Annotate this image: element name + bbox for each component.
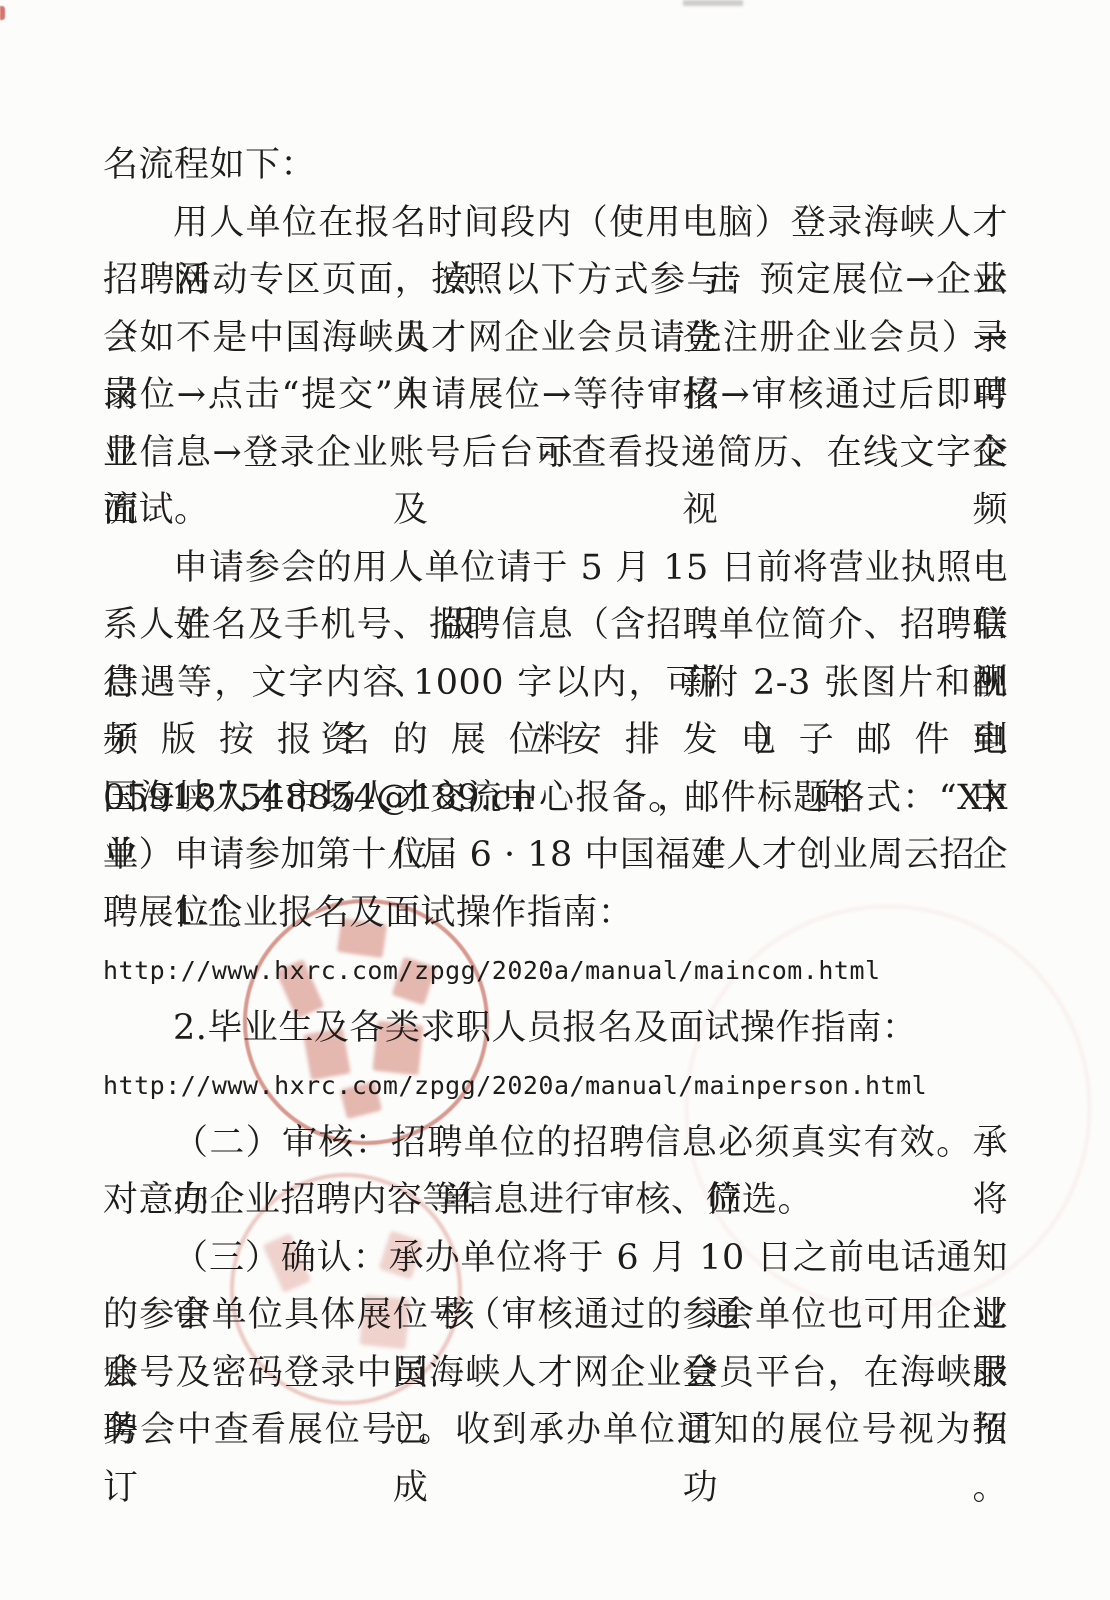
text-line: 名流程如下： [103, 137, 1008, 195]
scanned-document-page: 名流程如下：用人单位在报名时间段内（使用电脑）登录海峡人才网点击云招聘活动专区页… [0, 0, 1110, 1600]
text-line: 申请参会的用人单位请于 5 月 15 日前将营业执照电子版、联 [103, 540, 1008, 598]
text-line: 国海峡人才市场人才交流中心报备。邮件标题格式：“XX 单位（企 [103, 770, 1008, 828]
text-line: 用人单位在报名时间段内（使用电脑）登录海峡人才网点击云 [103, 195, 1008, 253]
text-line: （二）审核：招聘单位的招聘信息必须真实有效。承办单位将 [103, 1115, 1008, 1173]
text-line: 系人姓名及手机号、招聘信息（含招聘单位简介、招聘信息、薪酬 [103, 597, 1008, 655]
text-line: http://www.hxrc.com/zpgg/2020a/manual/ma… [103, 942, 1008, 1000]
text-line: 招聘活动专区页面，按照以下方式参与：预定展位→企业会员登录 [103, 252, 1008, 310]
scan-artifact-gray-smudge [683, 0, 743, 6]
text-line: 子版按报名的展位安排发电子邮件到 059187548854@189.cn，向中 [103, 712, 1008, 770]
text-line: http://www.hxrc.com/zpgg/2020a/manual/ma… [103, 1057, 1008, 1115]
document-body: 名流程如下：用人单位在报名时间段内（使用电脑）登录海峡人才网点击云招聘活动专区页… [103, 137, 1008, 1460]
text-line: （如不是中国海峡人才网企业会员请先注册企业会员）→录入招聘 [103, 310, 1008, 368]
text-line: 业）申请参加第十八届 6 · 18 中国福建人才创业周云招聘展位”。 [103, 827, 1008, 885]
scan-artifact-red-speck [0, 6, 5, 20]
text-line: 账号及密码登录中国海峡人才网企业会员平台，在海峡服务已订招 [103, 1345, 1008, 1403]
text-line: 岗位→点击“提交”申请展位→等待审核→审核通过后即可显示企 [103, 367, 1008, 425]
text-line: 业信息→登录企业账号后台可查看投递简历、在线文字交流及视频 [103, 425, 1008, 483]
text-line: 聘会中查看展位号）。收到承办单位通知的展位号视为预订成功。 [103, 1402, 1008, 1460]
text-line: 的参会单位具体展位号（审核通过的参会单位也可用企业会员登录 [103, 1287, 1008, 1345]
text-line: 2.毕业生及各类求职人员报名及面试操作指南： [103, 1000, 1008, 1058]
text-line: （三）确认：承办单位将于 6 月 10 日之前电话通知审核通过 [103, 1230, 1008, 1288]
text-line: 1.企业报名及面试操作指南： [103, 885, 1008, 943]
text-line: 待遇等，文字内容 1000 字以内，可附 2-3 张图片和视频资料）电 [103, 655, 1008, 713]
